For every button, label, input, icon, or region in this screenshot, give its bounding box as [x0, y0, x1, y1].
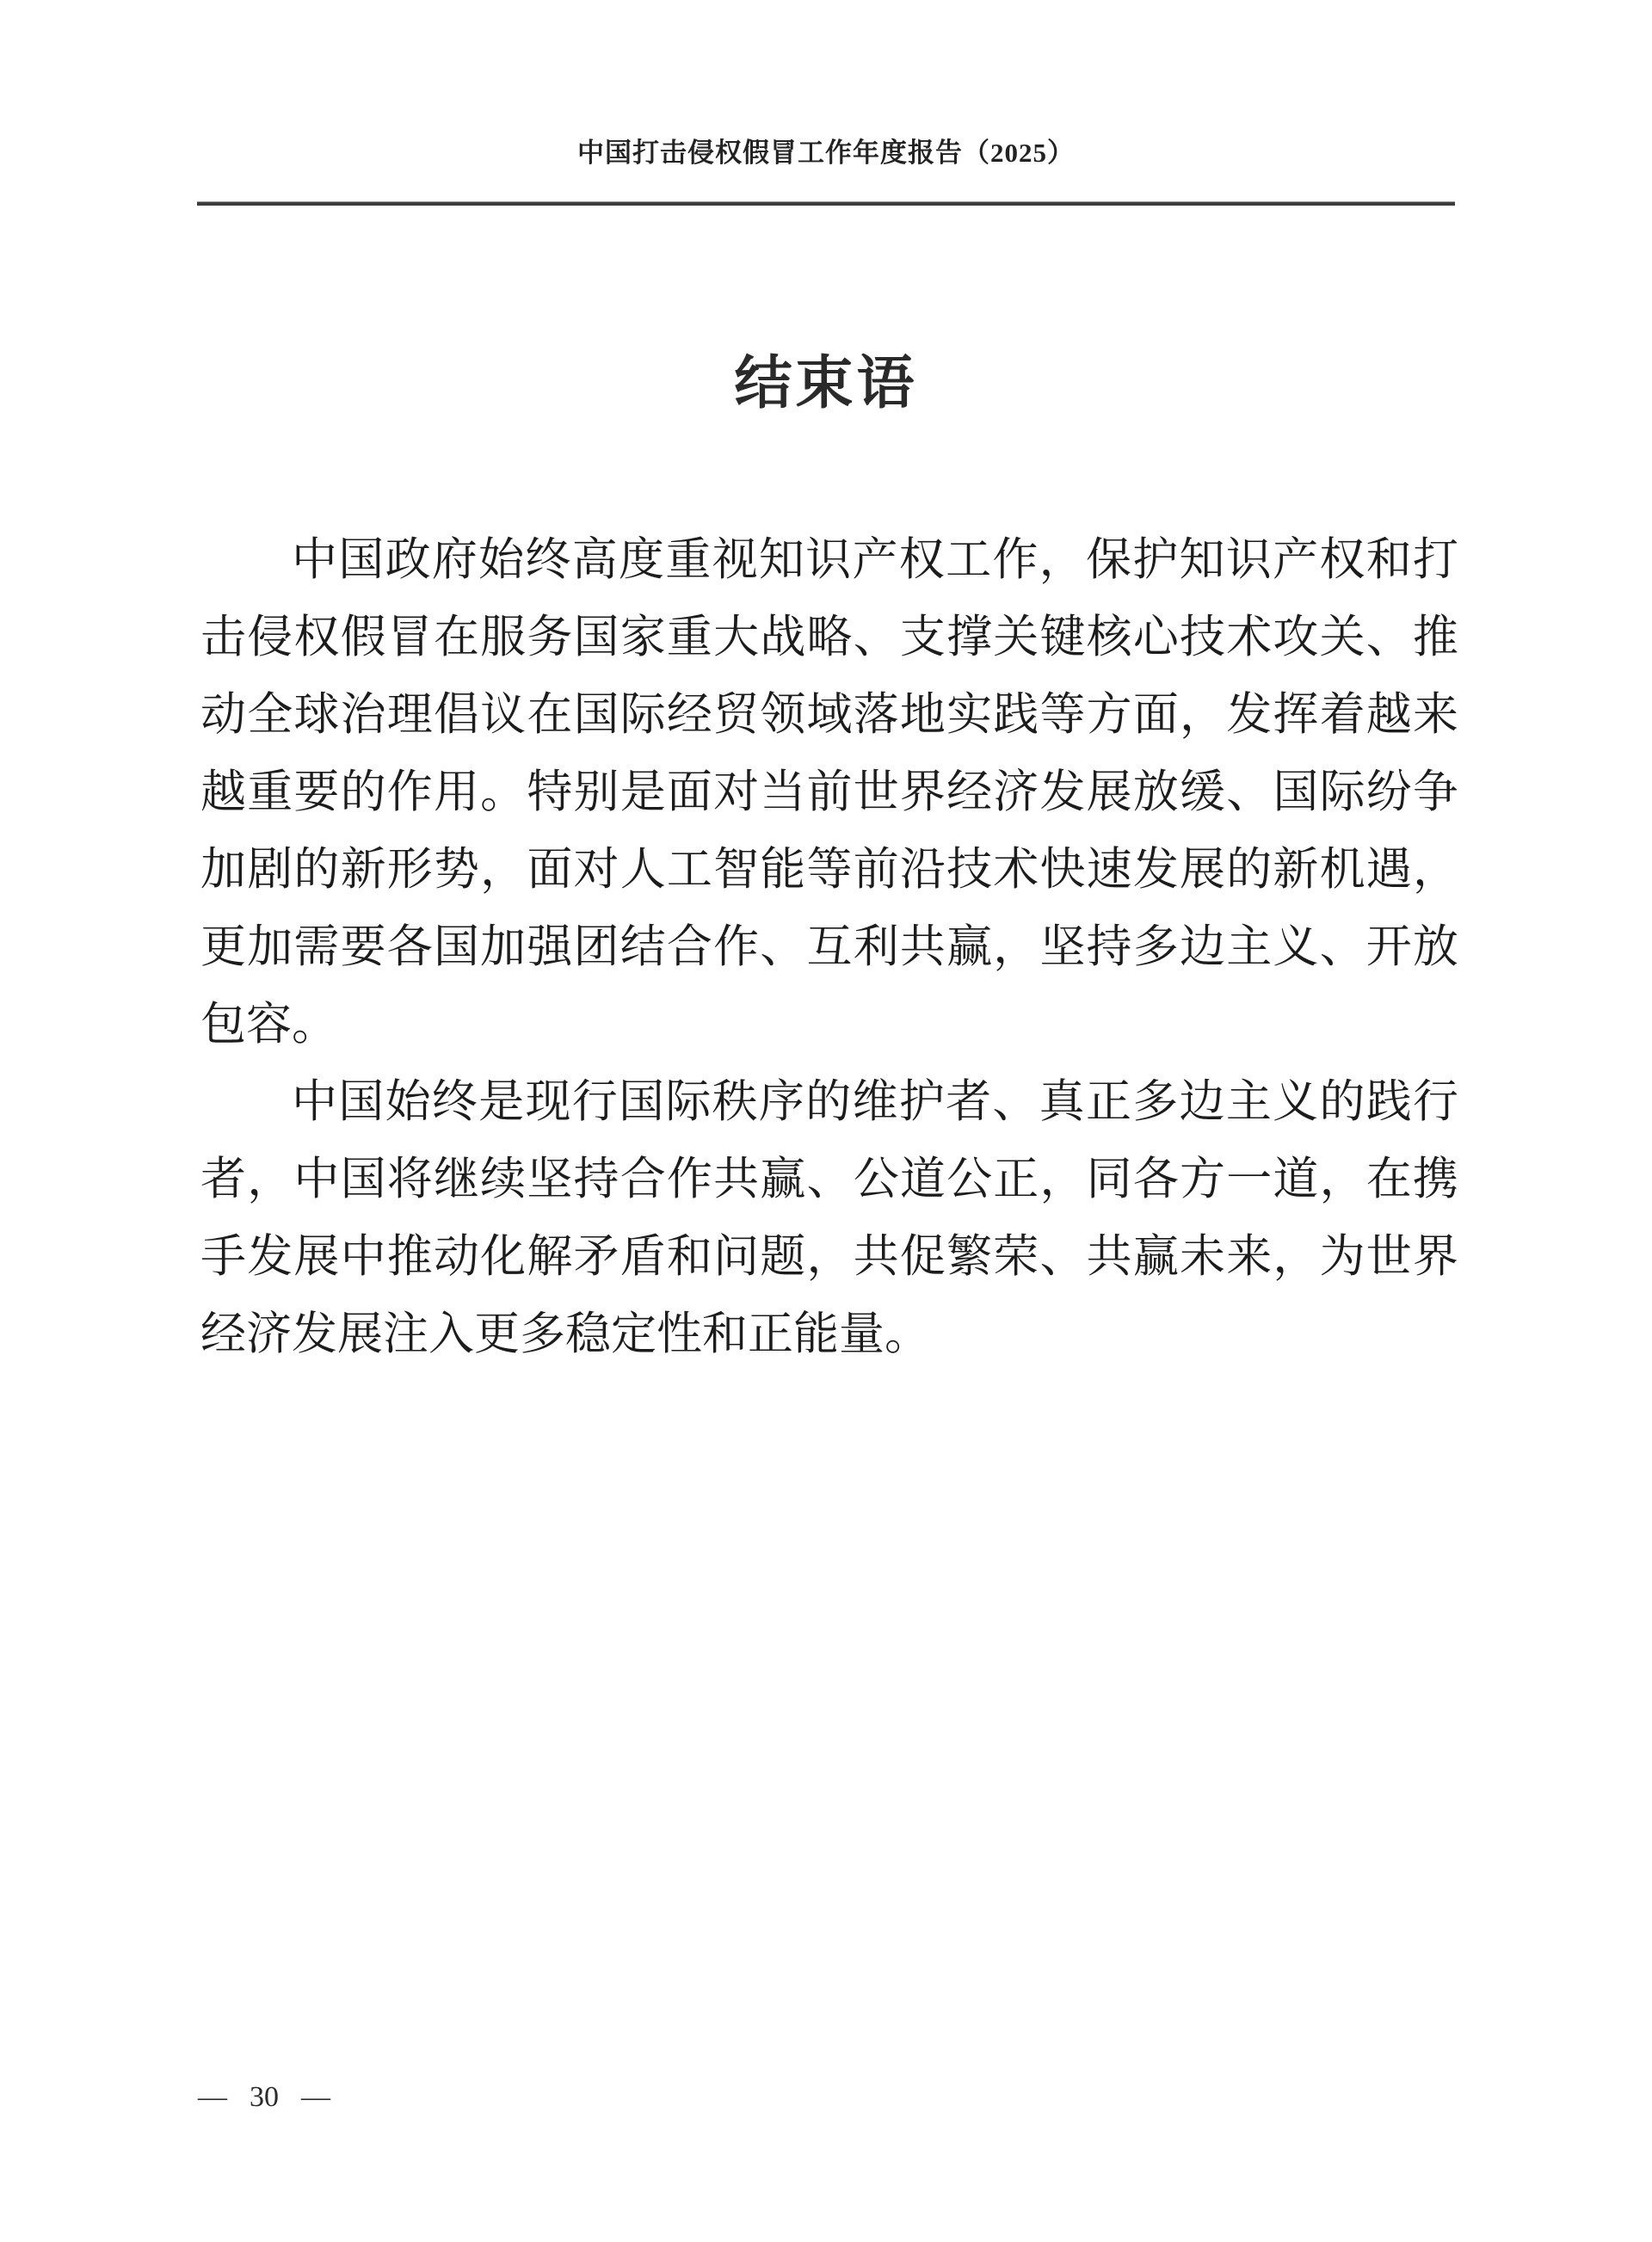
paragraph-2-line: 者，中国将继续坚持合作共赢、公道公正，同各方一道，在携 — [200, 1141, 1458, 1218]
report-page: 中国打击侵权假冒工作年度报告（2025） 结束语 中国政府始终高度重视知识产权工… — [0, 0, 1652, 2242]
paragraph-1-line: 动全球治理倡议在国际经贸领域落地实践等方面，发挥着越来 — [200, 676, 1458, 754]
page-number: 30 — [250, 2080, 279, 2115]
header-rule — [197, 201, 1455, 206]
paragraph-1-line: 加剧的新形势，面对人工智能等前沿技术快速发展的新机遇， — [200, 831, 1458, 909]
paragraph-2-line: 手发展中推动化解矛盾和问题，共促繁荣、共赢未来，为世界 — [200, 1218, 1458, 1296]
paragraph-1-line: 越重要的作用。特别是面对当前世界经济发展放缓、国际纷争 — [200, 754, 1458, 831]
section-title: 结束语 — [0, 349, 1652, 418]
footer-right-dash: — — [301, 2080, 330, 2115]
paragraph-1-line: 中国政府始终高度重视知识产权工作，保护知识产权和打 — [200, 521, 1458, 599]
page-footer: — 30 — — [198, 2080, 330, 2115]
paragraph-1-line: 击侵权假冒在服务国家重大战略、支撑关键核心技术攻关、推 — [200, 599, 1458, 676]
paragraph-1-line: 更加需要各国加强团结合作、互利共赢，坚持多边主义、开放 — [200, 909, 1458, 986]
footer-left-dash: — — [198, 2080, 227, 2115]
running-header-title: 中国打击侵权假冒工作年度报告（2025） — [0, 136, 1652, 170]
paragraph-1-line: 包容。 — [200, 986, 1458, 1063]
paragraph-2-line: 经济发展注入更多稳定性和正能量。 — [200, 1296, 1458, 1373]
body-text: 中国政府始终高度重视知识产权工作，保护知识产权和打 击侵权假冒在服务国家重大战略… — [200, 521, 1458, 1373]
paragraph-2-line: 中国始终是现行国际秩序的维护者、真正多边主义的践行 — [200, 1063, 1458, 1141]
